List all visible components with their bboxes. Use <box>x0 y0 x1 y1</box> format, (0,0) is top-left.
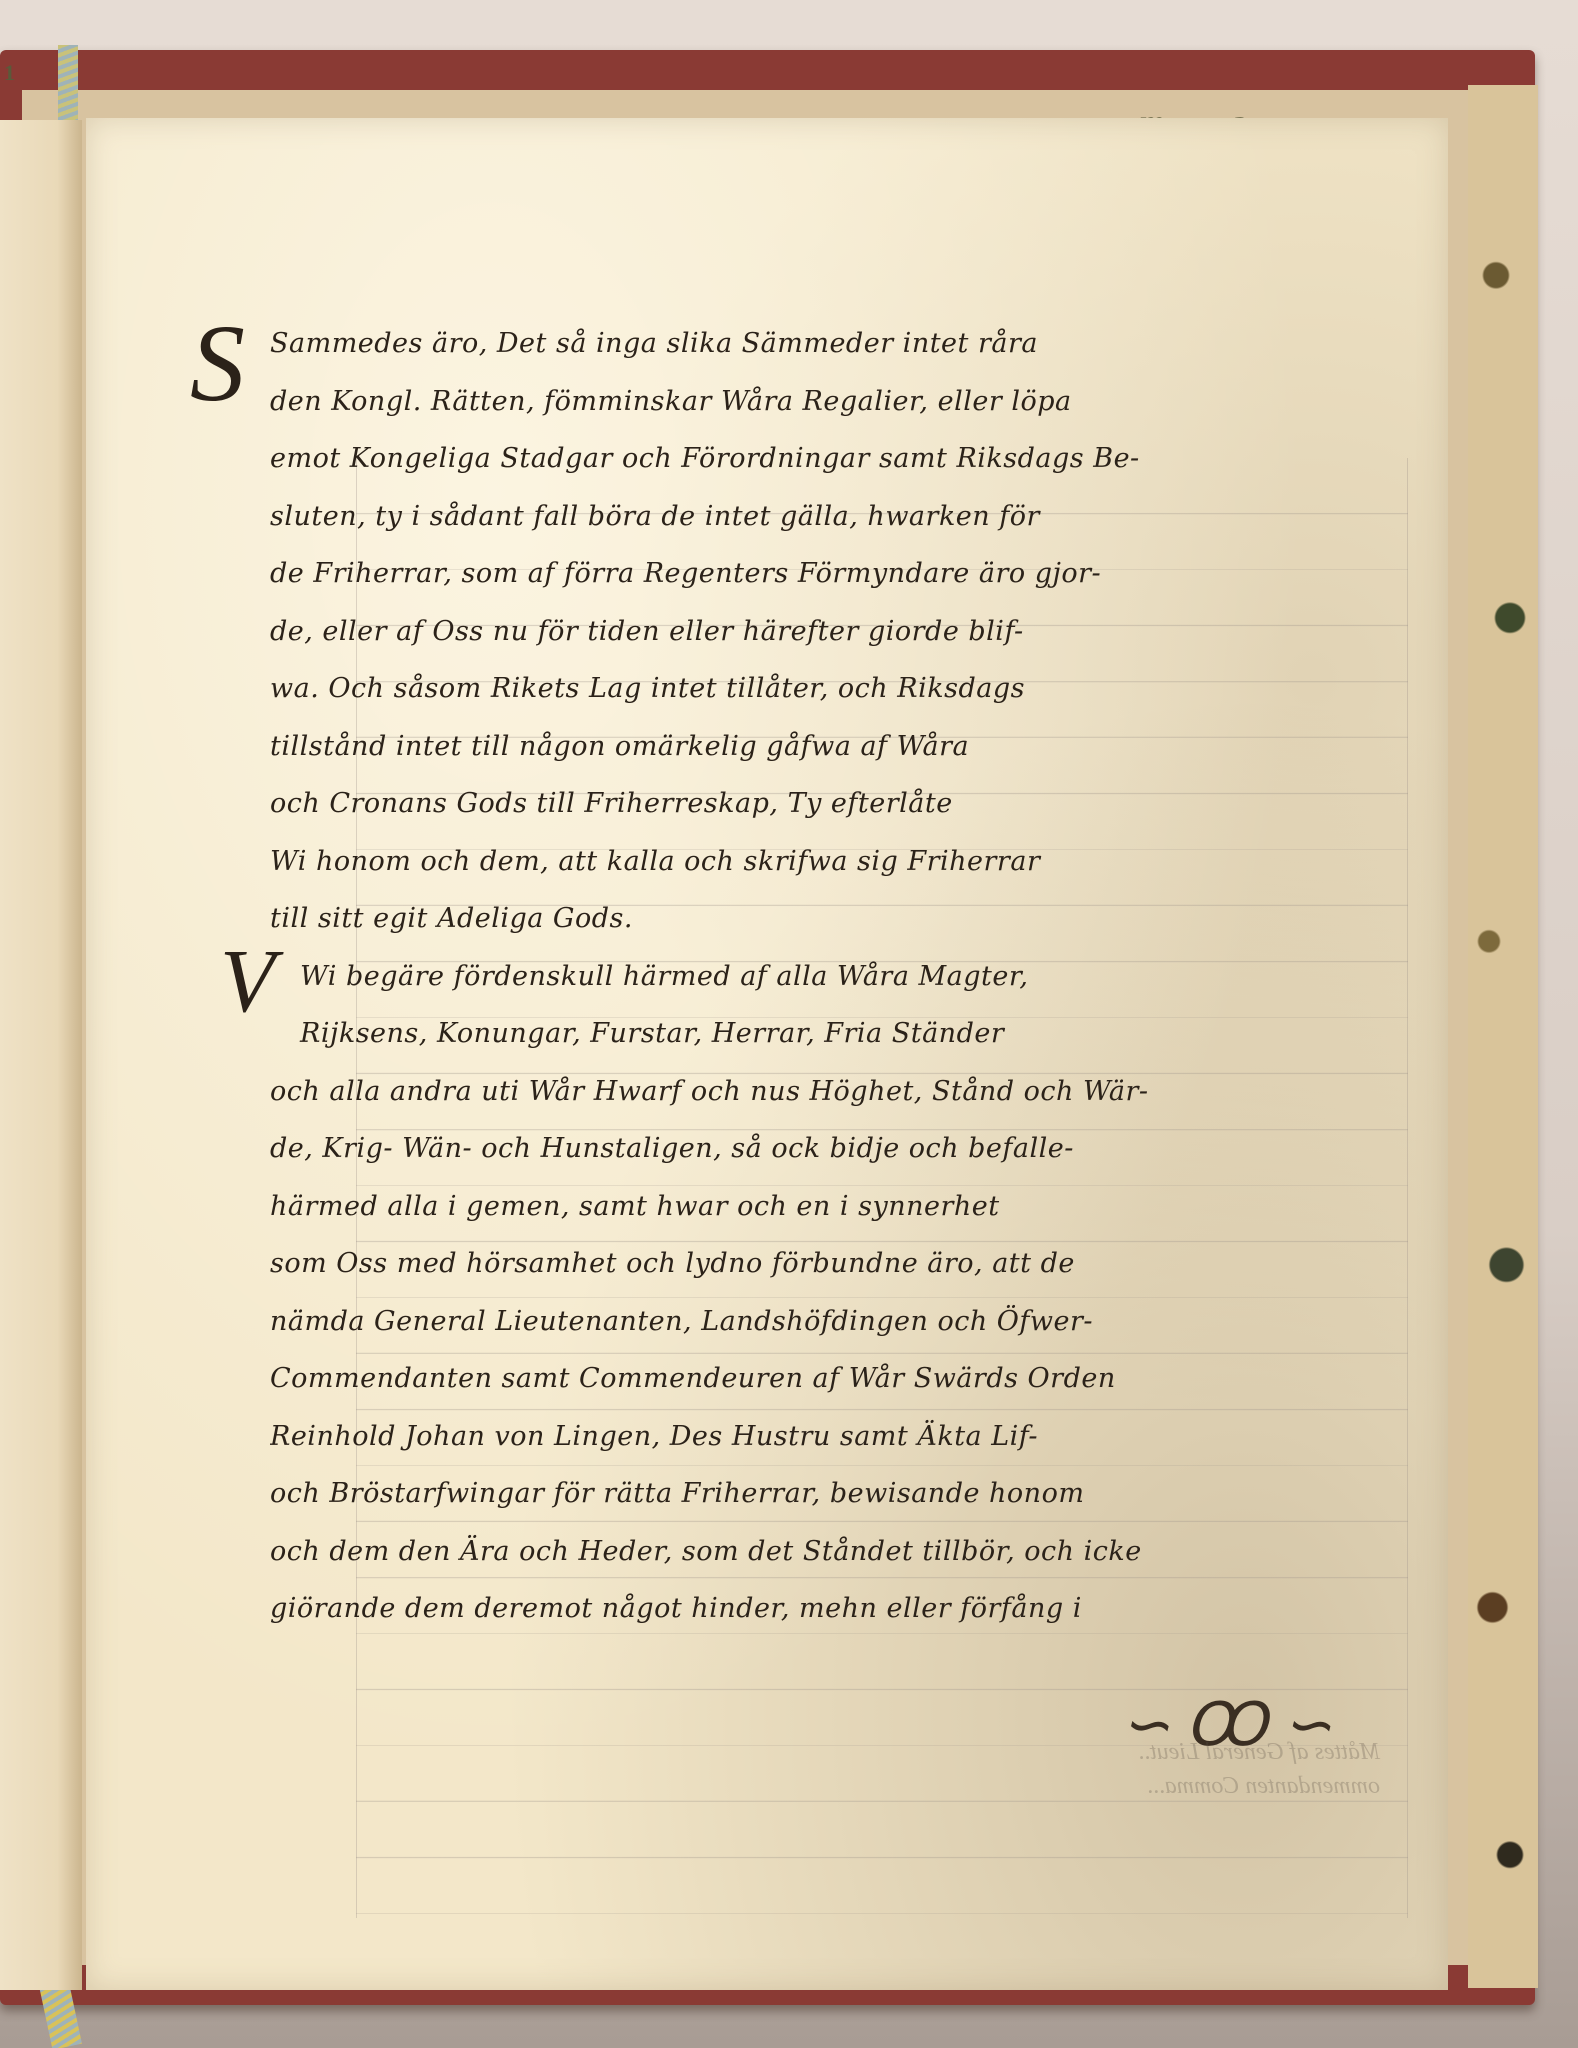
text-line: giörande dem deremot något hinder, mehn … <box>270 1580 1320 1638</box>
text-line: som Oss med hörsamhet och lydno förbundn… <box>270 1235 1320 1293</box>
text-line: och dem den Ära och Heder, som det Stånd… <box>270 1523 1320 1581</box>
text-line: Rijksens, Konungar, Furstar, Herrar, Fri… <box>270 1005 1320 1063</box>
text-line: Sammedes äro, Det så inga slika Sämmeder… <box>270 315 1320 373</box>
text-line: Commendanten samt Commendeuren af Wår Sw… <box>270 1350 1320 1408</box>
text-line: härmed alla i gemen, samt hwar och en i … <box>270 1178 1320 1236</box>
corner-mark-left: 1 <box>4 60 15 86</box>
marbled-endpaper <box>1468 85 1538 1988</box>
text-line: och Bröstarfwingar för rätta Friherrar, … <box>270 1465 1320 1523</box>
text-line: nämda General Lieutenanten, Landshöfding… <box>270 1293 1320 1351</box>
text-line: och alla andra uti Wår Hwarf och nus Hög… <box>270 1063 1320 1121</box>
facing-page-edge <box>0 120 82 1990</box>
text-line: de Friherrar, som af förra Regenters För… <box>270 545 1320 603</box>
text-line: Reinhold Johan von Lingen, Des Hustru sa… <box>270 1408 1320 1466</box>
text-line: wa. Och såsom Rikets Lag intet tillåter,… <box>270 660 1320 718</box>
text-line: emot Kongeliga Stadgar och Förordningar … <box>270 430 1320 488</box>
decorated-initial-v: V <box>220 930 275 1033</box>
text-line: tillstånd intet till någon omärkelig gåf… <box>270 718 1320 776</box>
bleed-line: ommendanten Comma... <box>860 1769 1380 1803</box>
manuscript-text: Sammedes äro, Det så inga slika Sämmeder… <box>270 315 1320 1638</box>
text-line: Wi honom och dem, att kalla och skrifwa … <box>270 833 1320 891</box>
text-line: och Cronans Gods till Friherreskap, Ty e… <box>270 775 1320 833</box>
bleed-line: Måttes af General Lieut.. <box>860 1735 1380 1769</box>
text-line: de, Krig- Wän- och Hunstaligen, så ock b… <box>270 1120 1320 1178</box>
bleed-through-text: Måttes af General Lieut.. ommendanten Co… <box>860 1735 1380 1803</box>
text-line: till sitt egit Adeliga Gods. <box>270 890 1320 948</box>
text-line: sluten, ty i sådant fall böra de intet g… <box>270 488 1320 546</box>
decorated-initial-s: S <box>190 300 245 427</box>
text-line: Wi begäre fördenskull härmed af alla Wår… <box>270 948 1320 1006</box>
text-line: de, eller af Oss nu för tiden eller häre… <box>270 603 1320 661</box>
text-line: den Kongl. Rätten, fömminskar Wåra Regal… <box>270 373 1320 431</box>
